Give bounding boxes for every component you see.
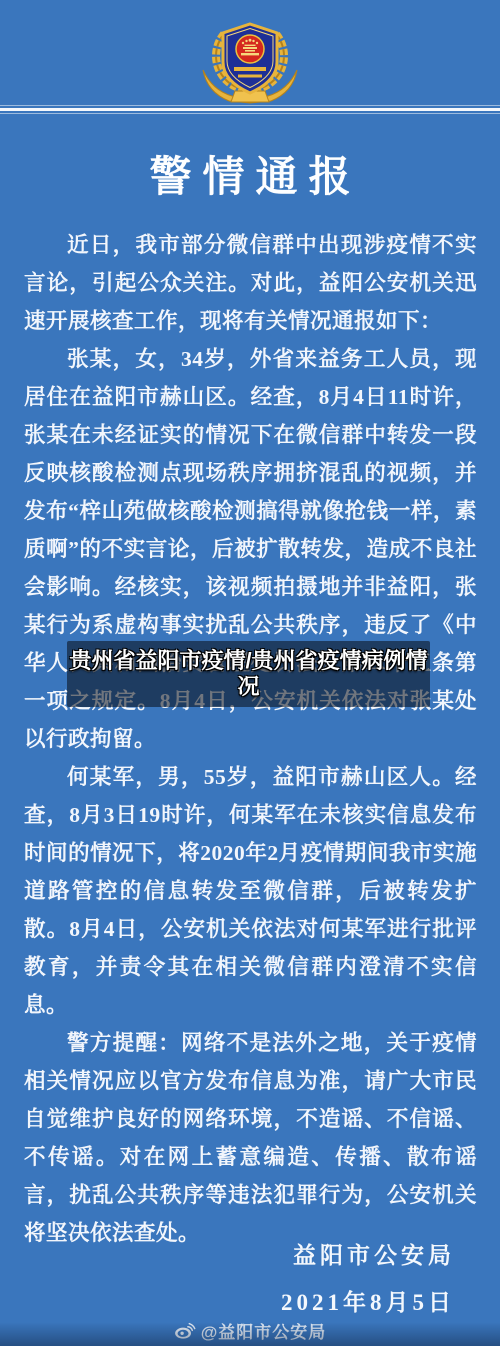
police-badge-icon: [199, 20, 301, 104]
notice-paragraph-reminder: 警方提醒：网络不是法外之地，关于疫情相关情况应以官方发布信息为准，请广大市民自觉…: [24, 1024, 477, 1252]
police-notice-poster: 警情通报 近日，我市部分微信群中出现涉疫情不实言论，引起公众关注。对此，益阳公安…: [0, 0, 500, 1346]
signature-block: 益阳市公安局 2021年8月5日: [281, 1232, 455, 1326]
header-divider: [0, 105, 500, 114]
notice-body: 近日，我市部分微信群中出现涉疫情不实言论，引起公众关注。对此，益阳公安机关迅速开…: [24, 226, 477, 1252]
signature-org: 益阳市公安局: [281, 1232, 455, 1279]
weibo-watermark: @益阳市公安局: [174, 1318, 327, 1343]
notice-title: 警情通报: [0, 144, 500, 204]
weibo-icon: [174, 1322, 196, 1340]
notice-paragraph-intro: 近日，我市部分微信群中出现涉疫情不实言论，引起公众关注。对此，益阳公安机关迅速开…: [24, 226, 477, 340]
watermark-handle: @益阳市公安局: [201, 1318, 327, 1343]
caption-overlay: 贵州省益阳市疫情/贵州省疫情病例情况: [67, 641, 430, 707]
caption-overlay-text: 贵州省益阳市疫情/贵州省疫情病例情况: [69, 648, 428, 700]
notice-paragraph-case-he: 何某军，男，55岁，益阳市赫山区人。经查，8月3日19时许，何某军在未核实信息发…: [24, 758, 477, 1024]
